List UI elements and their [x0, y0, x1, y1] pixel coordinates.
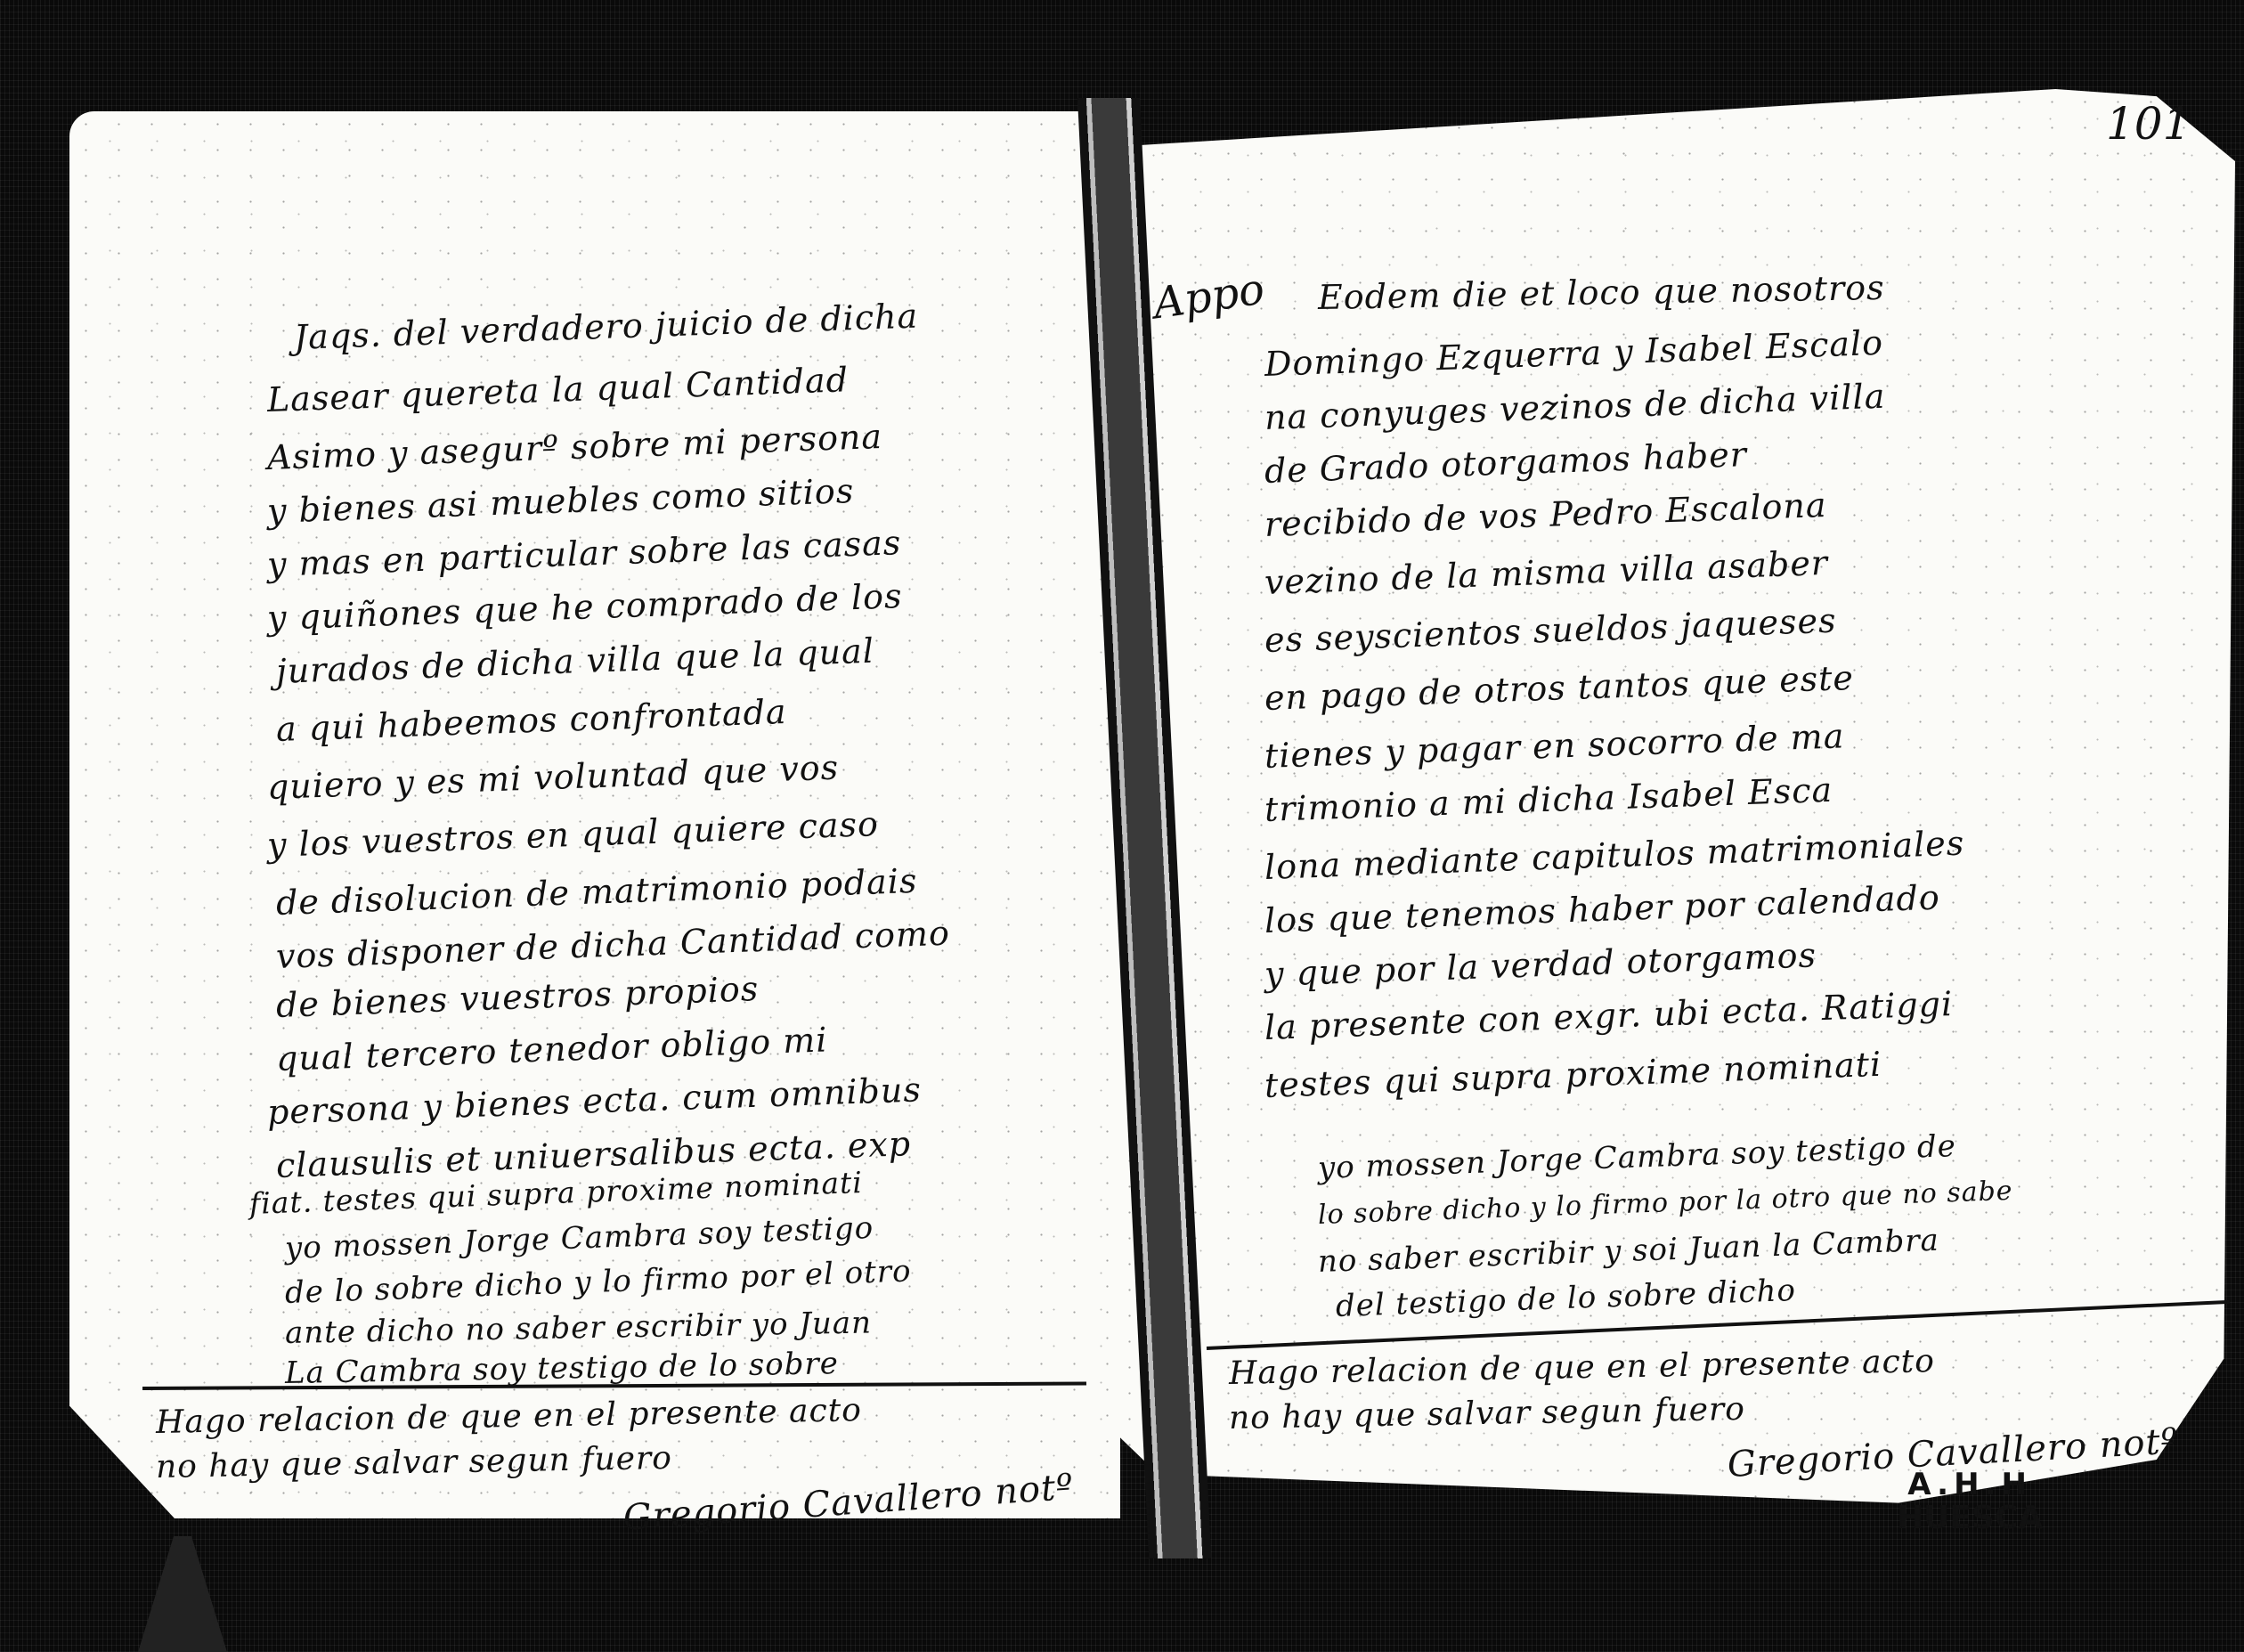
certification-line: no hay que salvar segun fuero [1229, 1394, 1745, 1435]
stamp-line-1: A.H.H [1897, 1469, 2043, 1501]
folio-number: 101 [2106, 98, 2191, 150]
archive-stamp: A.H.H HUESCA [1897, 1469, 2043, 1534]
text-line: ante dicho no saber escribir yo Juan [285, 1308, 873, 1348]
stamp-line-2: HUESCA [1897, 1501, 2043, 1535]
certification-line: no hay que salvar segun fuero [156, 1443, 672, 1484]
text-line: La Cambra soy testigo de lo sobre [285, 1348, 839, 1388]
text-line: Eodem die et loco que nosotros [1318, 271, 1885, 314]
